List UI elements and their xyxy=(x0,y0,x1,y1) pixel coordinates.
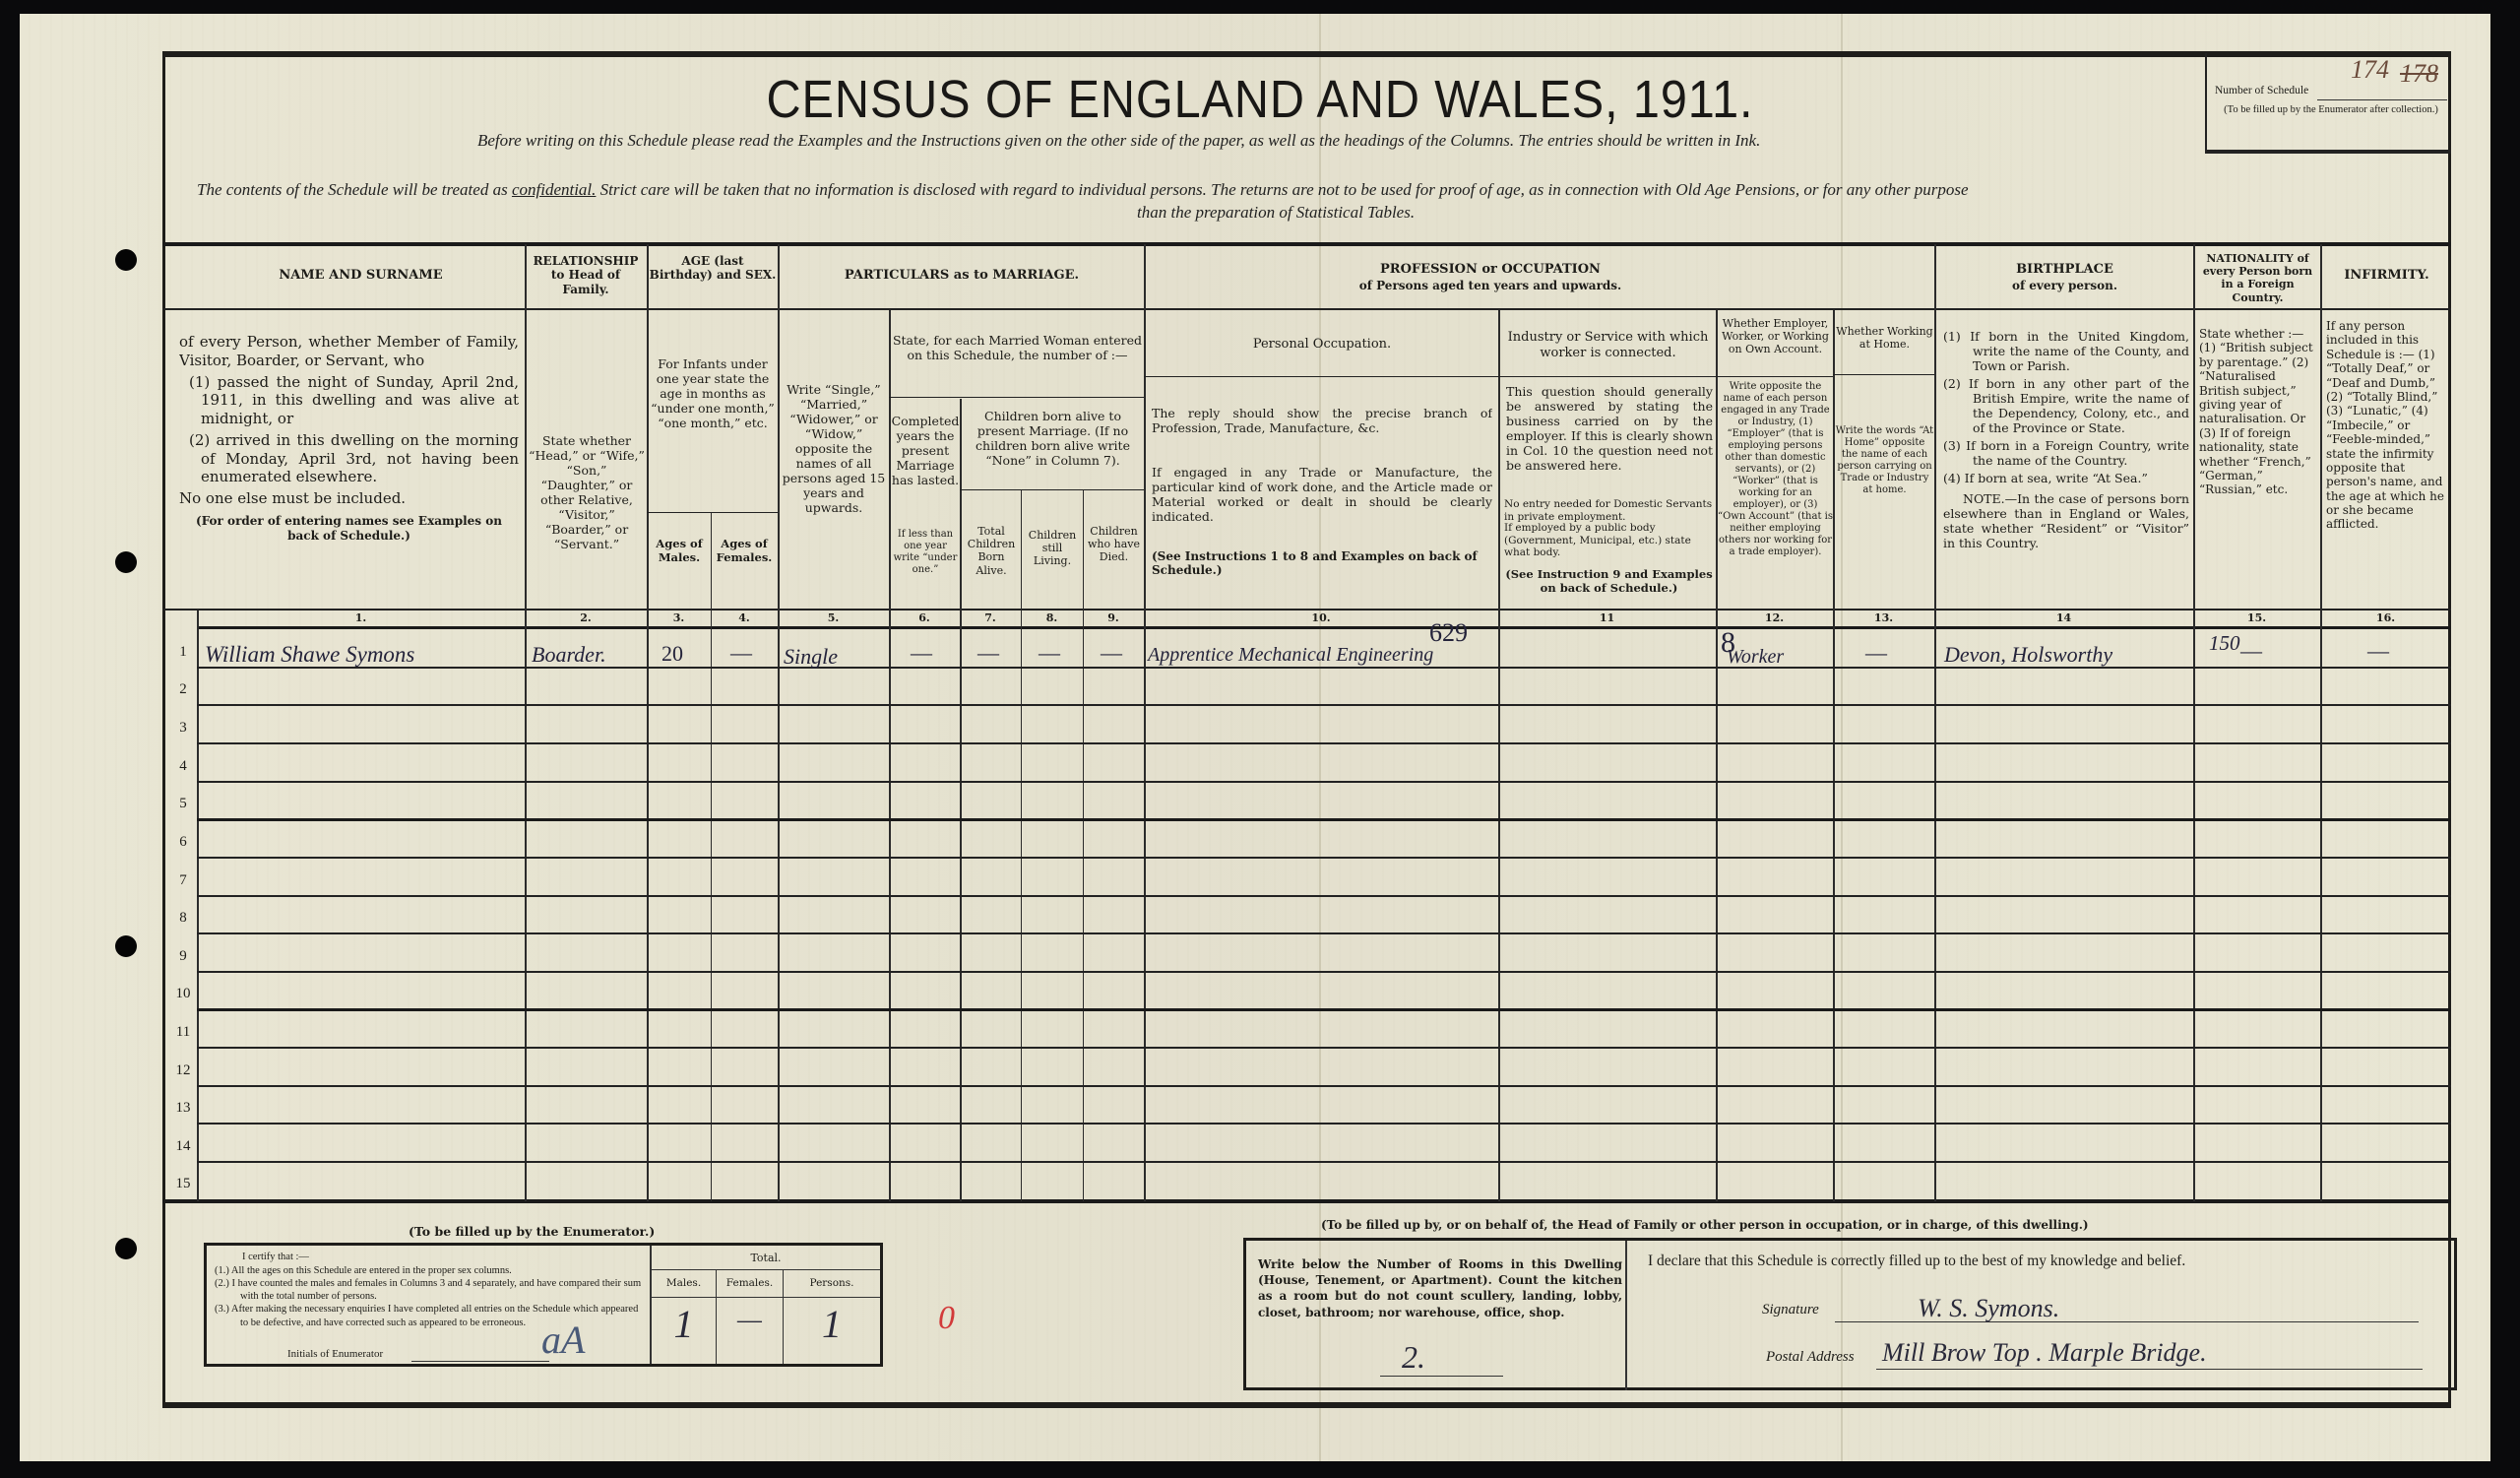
col10-desc: The reply should show the precise branch… xyxy=(1152,406,1492,435)
col13-desc: Write the words “At Home” opposite the n… xyxy=(1835,425,1934,496)
entry-relationship[interactable]: Boarder. xyxy=(532,642,606,668)
marriage-group-header: PARTICULARS as to MARRIAGE. xyxy=(780,268,1144,284)
confidential-line-2: than the preparation of Statistical Tabl… xyxy=(1137,203,1415,223)
col11-head: Industry or Service with which worker is… xyxy=(1500,330,1716,360)
col-number-3: 3. xyxy=(647,611,711,624)
punch-hole xyxy=(115,551,137,573)
schedule-frame xyxy=(162,51,2451,1408)
enumerator-heading: (To be filled up by the Enumerator.) xyxy=(409,1224,655,1239)
col14-group-sub: of every person. xyxy=(1936,279,2193,292)
col2-desc: State whether “Head,” or “Wife,” “Son,” … xyxy=(529,433,645,551)
schedule-number-value[interactable]: 174 xyxy=(2351,55,2389,85)
schedule-number-note: (To be filled up by the Enumerator after… xyxy=(2213,104,2449,115)
schedule-number-box: Number of Schedule (To be filled up by t… xyxy=(2205,53,2451,154)
row-number: 10 xyxy=(169,986,197,1002)
col-number-12: 12. xyxy=(1716,611,1833,624)
col-number-6: 6. xyxy=(889,611,960,624)
total-label: Total. xyxy=(652,1252,880,1264)
schedule-number-label: Number of Schedule xyxy=(2215,85,2308,96)
confidential-word: confidential. xyxy=(512,180,596,199)
col11-desc: This question should generally be answer… xyxy=(1506,384,1713,473)
enumerator-box: I certify that :— (1.) All the ages on t… xyxy=(204,1243,883,1367)
col10-foot: (See Instructions 1 to 8 and Examples on… xyxy=(1152,549,1492,578)
head-of-family-heading: (To be filled up by, or on behalf of, th… xyxy=(1321,1218,2089,1232)
col-number-2: 2. xyxy=(525,611,647,624)
entry-nationality[interactable]: — xyxy=(2240,638,2262,664)
col12-head: Whether Employer, Worker, or Working on … xyxy=(1718,317,1833,356)
col11-desc3: If employed by a public body (Government… xyxy=(1504,522,1714,559)
row-number: 14 xyxy=(169,1138,197,1155)
declaration-text: I declare that this Schedule is correctl… xyxy=(1648,1253,2185,1270)
punch-hole xyxy=(115,249,137,271)
schedule-number-struck: 178 xyxy=(2400,59,2438,89)
col1-desc: of every Person, whether Member of Famil… xyxy=(179,333,519,544)
red-check-mark: 0 xyxy=(938,1300,955,1337)
col3-desc: For Infants under one year state the age… xyxy=(649,356,777,430)
col9-sub: Children who have Died. xyxy=(1084,525,1144,564)
col6-desc-small: If less than one year write “under one.” xyxy=(891,529,960,576)
entry-marriage[interactable]: Single xyxy=(784,644,838,670)
children-group: Children born alive to present Marriage.… xyxy=(962,409,1144,468)
entry-occupation[interactable]: Apprentice Mechanical Engineering xyxy=(1148,644,1433,667)
col4-sub: Ages of Females. xyxy=(712,538,777,565)
females-label: Females. xyxy=(717,1277,783,1289)
col-number-14: 14 xyxy=(1934,611,2193,624)
col12-desc: Write opposite the name of each person e… xyxy=(1718,381,1833,558)
col-number-16: 16. xyxy=(2320,611,2451,624)
entry-age-female[interactable]: — xyxy=(730,640,752,666)
profession-group-sub: of Persons aged ten years and upwards. xyxy=(1146,279,1835,292)
row-number: 5 xyxy=(169,796,197,812)
col10-head: Personal Occupation. xyxy=(1146,337,1498,353)
col3-sub: Ages of Males. xyxy=(649,538,710,565)
row-number: 12 xyxy=(169,1062,197,1079)
entry-children-total[interactable]: — xyxy=(977,640,999,666)
row-number: 8 xyxy=(169,910,197,927)
total-females[interactable]: — xyxy=(717,1305,783,1336)
col-number-11: 11 xyxy=(1498,611,1716,624)
signature-label: Signature xyxy=(1762,1302,1819,1318)
entry-birthplace[interactable]: Devon, Holsworthy xyxy=(1944,642,2112,668)
col5-desc: Write “Single,” “Married,” “Widower,” or… xyxy=(780,382,888,515)
males-label: Males. xyxy=(652,1277,716,1289)
col15-group-header: NATIONALITY of every Person born in a Fo… xyxy=(2195,252,2320,304)
entry-infirmity[interactable]: — xyxy=(2367,638,2389,664)
col-number-9: 9. xyxy=(1083,611,1144,624)
col11-foot: (See Instruction 9 and Examples on back … xyxy=(1504,568,1714,596)
signature-value[interactable]: W. S. Symons. xyxy=(1918,1294,2059,1323)
initials-value[interactable]: aA xyxy=(541,1317,585,1363)
col14-group-header: BIRTHPLACE xyxy=(1936,262,2193,278)
confidential-line-1: The contents of the Schedule will be tre… xyxy=(197,180,1969,200)
entry-age-male[interactable]: 20 xyxy=(661,641,683,667)
entry-name[interactable]: William Shawe Symons xyxy=(205,642,414,668)
row-number: 2 xyxy=(169,681,197,698)
col2-group-header: RELATIONSHIP to Head of Family. xyxy=(527,254,645,296)
col-number-8: 8. xyxy=(1021,611,1083,624)
page-title: CENSUS OF ENGLAND AND WALES, 1911. xyxy=(126,69,2394,130)
row-number: 9 xyxy=(169,948,197,965)
head-of-family-box: Write below the Number of Rooms in this … xyxy=(1243,1238,2457,1390)
col7-sub: Total Children Born Alive. xyxy=(962,525,1021,577)
col-number-5: 5. xyxy=(778,611,889,624)
col14-desc: (1) If born in the United Kingdom, write… xyxy=(1943,329,2189,550)
row-number: 15 xyxy=(169,1176,197,1192)
row-number: 13 xyxy=(169,1100,197,1117)
col-number-1: 1. xyxy=(197,611,525,624)
col-number-4: 4. xyxy=(711,611,778,624)
punch-hole xyxy=(115,1238,137,1259)
married-woman-note: State, for each Married Woman entered on… xyxy=(891,333,1144,362)
col11-desc2: No entry needed for Domestic Servants in… xyxy=(1504,498,1714,523)
col10-desc2: If engaged in any Trade or Manufacture, … xyxy=(1152,465,1492,524)
row-number: 1 xyxy=(169,644,197,661)
col16-group-header: INFIRMITY. xyxy=(2322,268,2451,284)
rooms-count[interactable]: 2. xyxy=(1402,1339,1425,1376)
instruction-line: Before writing on this Schedule please r… xyxy=(477,131,1760,151)
enumerator-certify: I certify that :— xyxy=(242,1252,309,1262)
col16-desc: If any person included in this Schedule … xyxy=(2326,319,2448,532)
col-number-13: 13. xyxy=(1833,611,1934,624)
col13-head: Whether Working at Home. xyxy=(1835,325,1934,351)
postal-address-label: Postal Address xyxy=(1766,1349,1855,1366)
col3-group-header: AGE (last Birthday) and SEX. xyxy=(649,254,777,283)
entry-children-living[interactable]: — xyxy=(1039,640,1060,666)
row-number: 4 xyxy=(169,758,197,775)
col6-desc: Completed years the present Marriage has… xyxy=(891,414,960,487)
col-number-15: 15. xyxy=(2193,611,2320,624)
col1-group-header: NAME AND SURNAME xyxy=(197,268,525,284)
total-persons[interactable]: 1 xyxy=(784,1301,880,1347)
row-number: 7 xyxy=(169,872,197,889)
entry-children-died[interactable]: — xyxy=(1101,640,1122,666)
row-number: 6 xyxy=(169,834,197,851)
entry-years-married[interactable]: — xyxy=(911,640,932,666)
occupation-code: 629 xyxy=(1429,618,1468,648)
total-males[interactable]: 1 xyxy=(652,1301,716,1347)
row-number: 11 xyxy=(169,1024,197,1041)
rooms-instruction: Write below the Number of Rooms in this … xyxy=(1258,1256,1622,1320)
col8-sub: Children still Living. xyxy=(1022,529,1083,568)
postal-address-value[interactable]: Mill Brow Top . Marple Bridge. xyxy=(1882,1338,2207,1368)
initials-label: Initials of Enumerator xyxy=(287,1348,383,1360)
row-number: 3 xyxy=(169,720,197,737)
col15-desc: State whether :— (1) “British subject by… xyxy=(2199,327,2317,497)
entry-at-home[interactable]: — xyxy=(1865,640,1887,666)
punch-hole xyxy=(115,935,137,957)
nationality-code: 150 xyxy=(2209,631,2240,656)
profession-group-header: PROFESSION or OCCUPATION xyxy=(1146,262,1835,278)
persons-label: Persons. xyxy=(784,1277,880,1289)
employment-code: 8 xyxy=(1721,626,1735,660)
col-number-7: 7. xyxy=(960,611,1021,624)
